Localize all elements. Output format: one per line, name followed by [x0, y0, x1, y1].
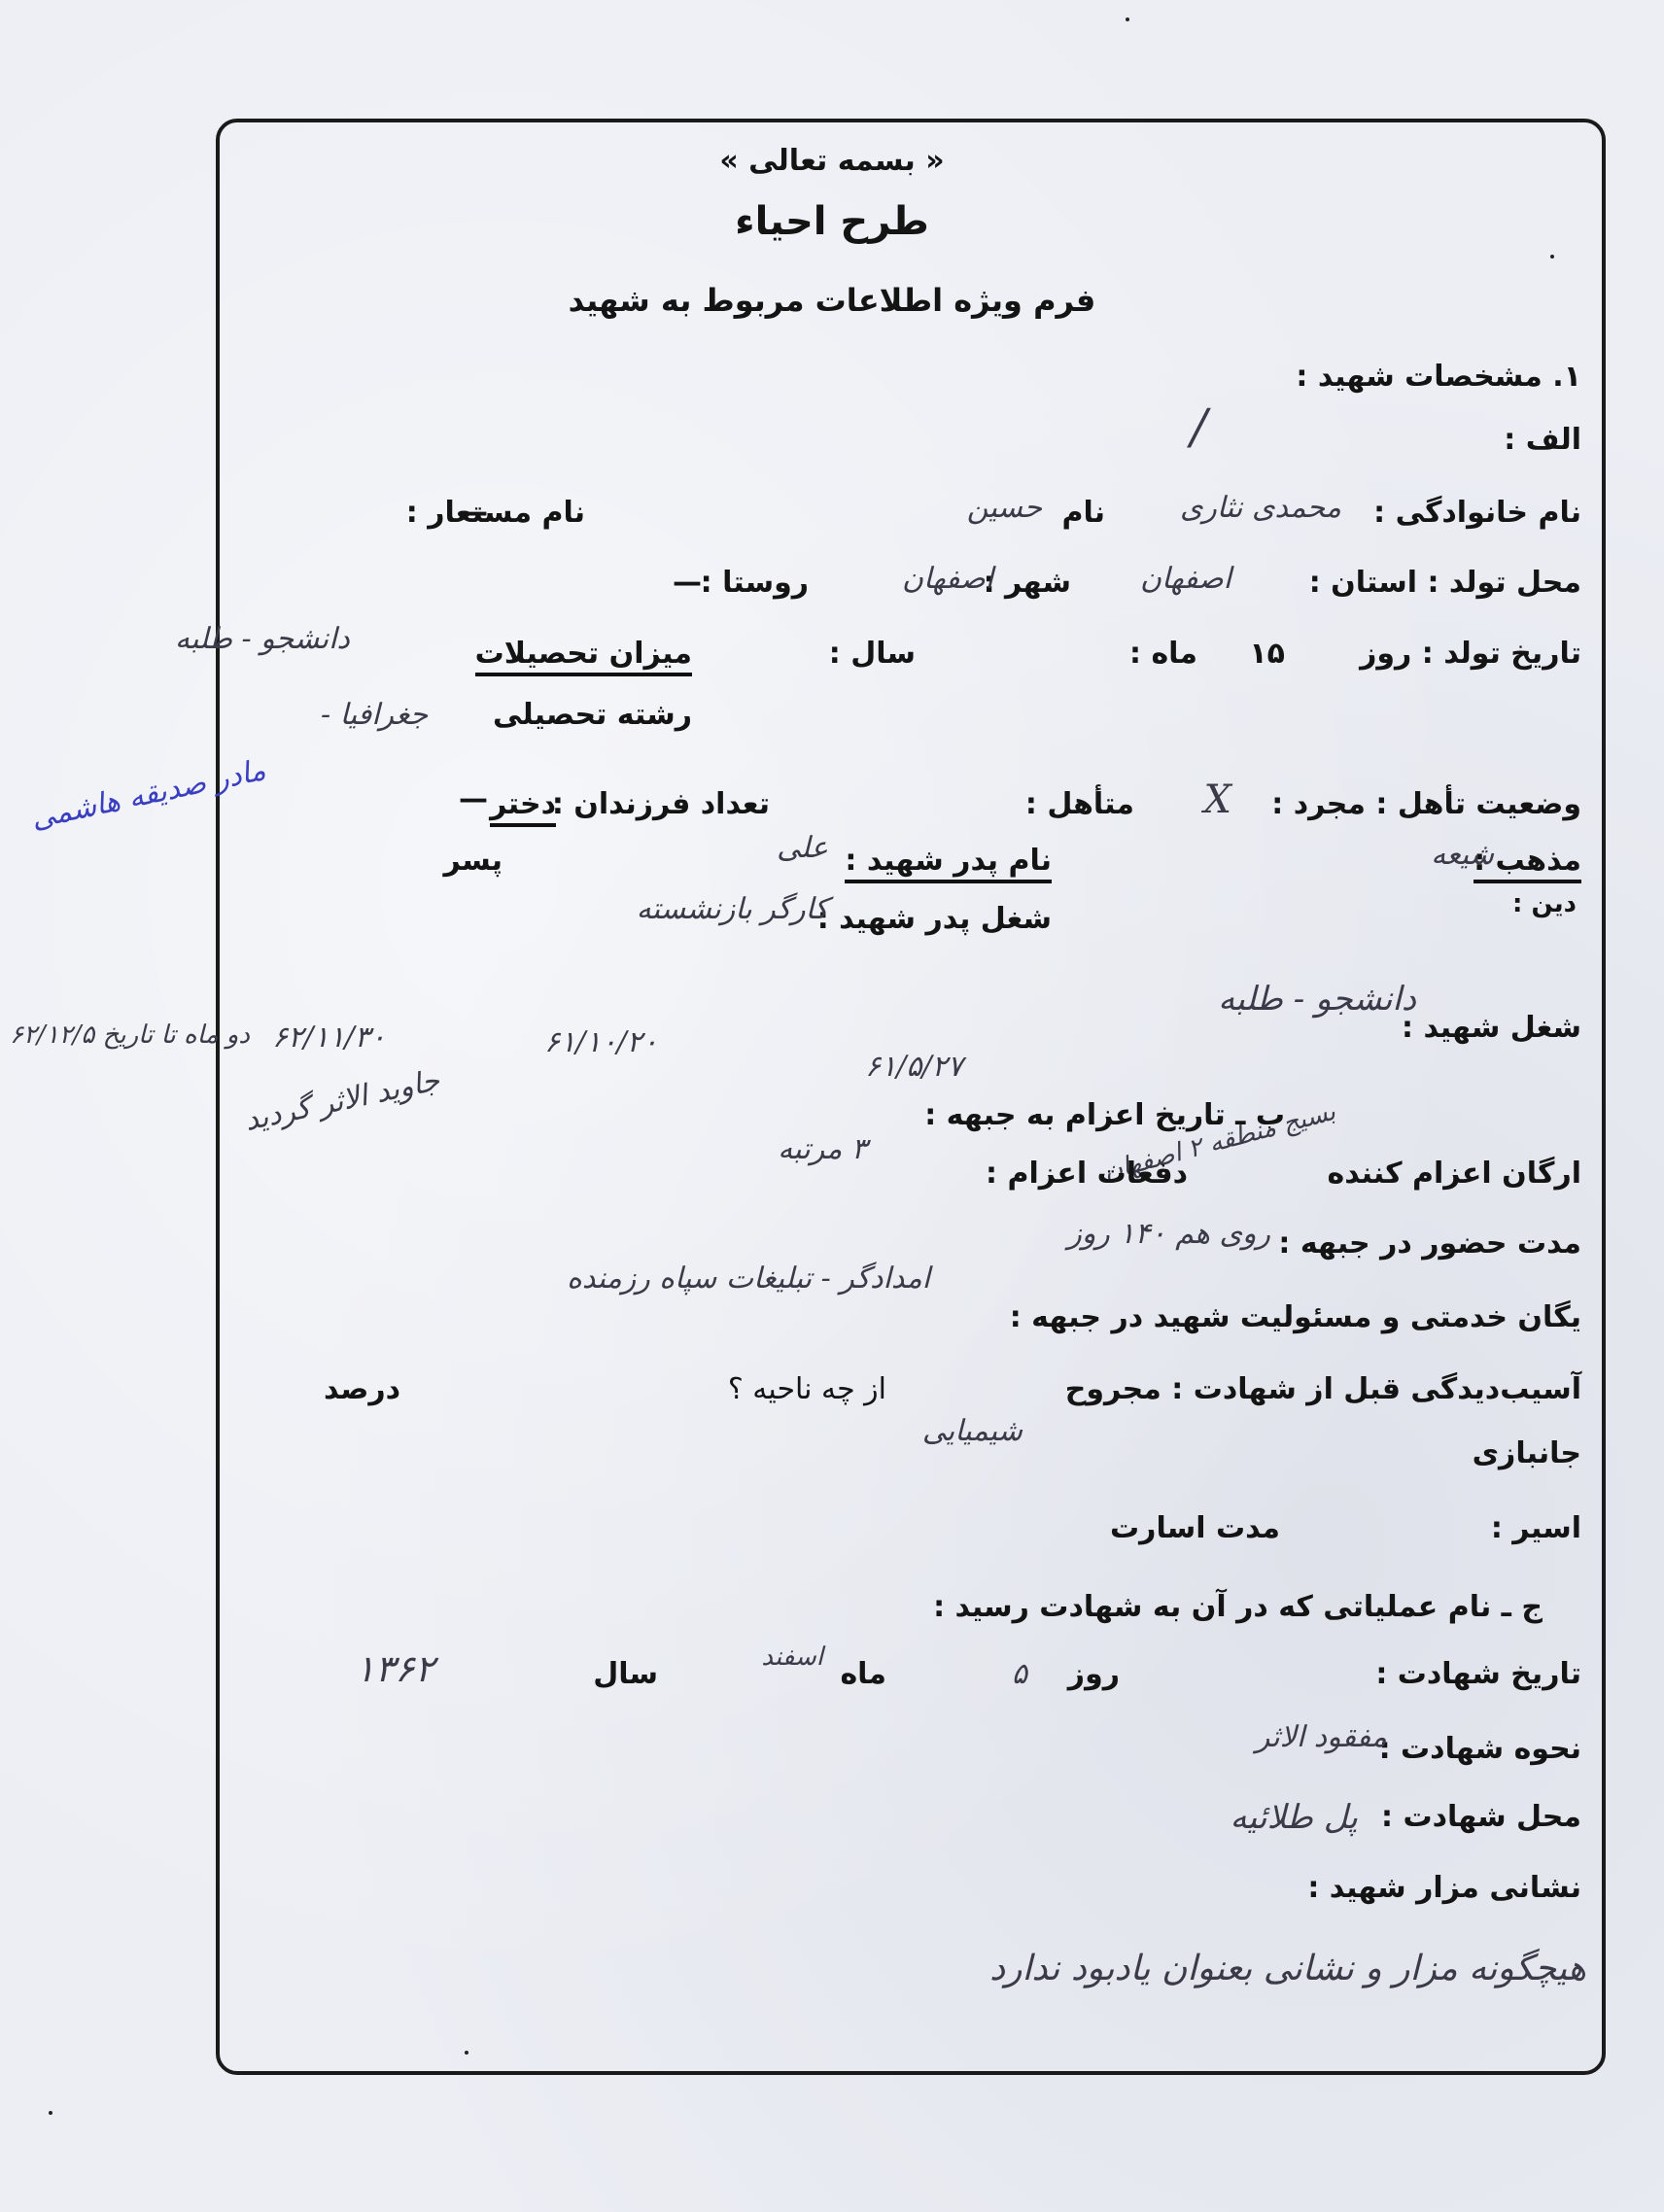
education-value: دانشجو - طلبه: [175, 622, 350, 656]
unit-value: امدادگر - تبلیغات سپاه رزمنده: [567, 1262, 930, 1296]
field-of-study-label: رشته تحصیلی: [493, 698, 692, 732]
married-label: متأهل :: [1025, 787, 1134, 821]
dispatch-date-4: دو ماه تا تاریخ ۶۲/۱۲/۵: [10, 1020, 250, 1050]
first-name-label: نام: [1061, 496, 1105, 530]
injury-region-label: از چه ناحیه ؟: [728, 1372, 886, 1406]
birthplace-label: محل تولد : استان :: [1309, 566, 1581, 600]
daughter-label: دختر: [490, 787, 556, 827]
manner-label: نحوه شهادت :: [1379, 1732, 1581, 1766]
front-duration-value: روی هم ۱۴۰ روز: [1067, 1217, 1270, 1251]
invocation: « بسمه تعالی »: [0, 144, 1664, 178]
form-title: فرم ویژه اطلاعات مربوط به شهید: [0, 282, 1664, 319]
martyr-day-label: روز: [1068, 1657, 1120, 1691]
injury-label: آسیب‌دیدگی قبل از شهادت : مجروح: [1065, 1372, 1581, 1406]
dispatching-org-label: ارگان اعزام کننده: [1328, 1157, 1581, 1191]
captive-label: اسیر :: [1491, 1511, 1581, 1545]
children-label: تعداد فرزندان :: [552, 787, 770, 821]
martyr-year-value: ۱۳۶۲: [355, 1647, 434, 1690]
scan-speck: [1126, 17, 1129, 21]
birthdate-label: تاریخ تولد : روز: [1360, 637, 1581, 671]
father-name-value: علی: [777, 831, 828, 865]
scan-speck: [49, 2111, 52, 2115]
dispatch-date-2: ۶۱/۱۰/۲۰: [544, 1025, 658, 1059]
first-name-value: حسین: [967, 491, 1042, 525]
village-value: —: [673, 566, 702, 600]
project-title: طرح احیاء: [0, 199, 1664, 244]
scan-speck: [465, 2051, 468, 2055]
village-label: روستا :: [701, 566, 809, 600]
front-duration-label: مدت حضور در جبهه :: [1278, 1227, 1581, 1261]
martyr-job-label: شغل شهید :: [1402, 1011, 1581, 1045]
martyr-year-label: سال: [593, 1657, 658, 1691]
education-label: میزان تحصیلات: [475, 637, 692, 676]
part-a-mark: /: [1191, 398, 1207, 455]
family-name-value: محمدی نثاری: [1180, 491, 1341, 525]
grave-value: هیچگونه مزار و نشانی بعنوان یادبود ندارد: [989, 1949, 1586, 1988]
alias-value: —: [459, 496, 488, 530]
scan-speck: [1550, 255, 1554, 259]
province-value: اصفهان: [1140, 562, 1231, 596]
birth-day-value: ۱۵: [1249, 637, 1285, 671]
place-label: محل شهادت :: [1381, 1800, 1581, 1834]
dispatch-date-3: ۶۲/۱۱/۳۰: [272, 1020, 386, 1054]
son-label: پسر: [444, 844, 503, 878]
field-of-study-value: جغرافیا -: [321, 698, 428, 732]
part-a-label: الف :: [1504, 423, 1581, 457]
manner-value: مفقود الاثر: [1256, 1720, 1387, 1754]
father-name-label: نام پدر شهید :: [845, 844, 1052, 883]
father-job-value: کارگر بازنشسته: [637, 892, 828, 926]
alias-label: نام مستعار :: [406, 496, 585, 530]
family-name-label: نام خانوادگی :: [1373, 496, 1581, 530]
dispatch-count-label: دفعات اعزام :: [986, 1157, 1188, 1191]
operation-label: ج ـ نام عملیاتی که در آن به شهادت رسید :: [933, 1590, 1543, 1624]
grave-label: نشانی مزار شهید :: [1307, 1871, 1581, 1905]
martyr-month-value: اسفند: [761, 1642, 823, 1672]
unit-label: یگان خدمتی و مسئولیت شهید در جبهه :: [1010, 1300, 1581, 1334]
daughter-value: —: [459, 782, 488, 816]
percent-label: درصد: [324, 1372, 400, 1406]
martyr-job-value: دانشجو - طلبه: [1218, 980, 1416, 1019]
place-value: پل طلائیه: [1231, 1798, 1358, 1837]
captivity-duration-label: مدت اسارت: [1110, 1511, 1280, 1545]
veteran-label: جانبازی: [1473, 1436, 1581, 1470]
martyr-month-label: ماه: [840, 1657, 886, 1691]
dispatch-count-value: ۳ مرتبه: [778, 1132, 867, 1166]
dispatch-date-1: ۶۱/۵/۲۷: [865, 1050, 963, 1084]
faith-label: دین :: [1512, 889, 1577, 918]
martyr-date-label: تاریخ شهادت :: [1375, 1657, 1581, 1691]
birth-year-label: سال :: [829, 637, 916, 671]
section1-title: ۱. مشخصات شهید :: [1296, 360, 1581, 394]
city-label: شهر :: [984, 566, 1071, 600]
martyr-day-value: ۵: [1012, 1657, 1027, 1691]
injury-value: شیمیایی: [922, 1414, 1023, 1448]
single-mark: X: [1204, 778, 1231, 822]
religion-value: شیعه: [1431, 838, 1494, 872]
marital-label: وضعیت تأهل : مجرد :: [1271, 787, 1581, 821]
birth-month-label: ماه :: [1129, 637, 1197, 671]
father-job-label: شغل پدر شهید :: [817, 902, 1052, 936]
city-value: اصفهان: [902, 562, 993, 596]
